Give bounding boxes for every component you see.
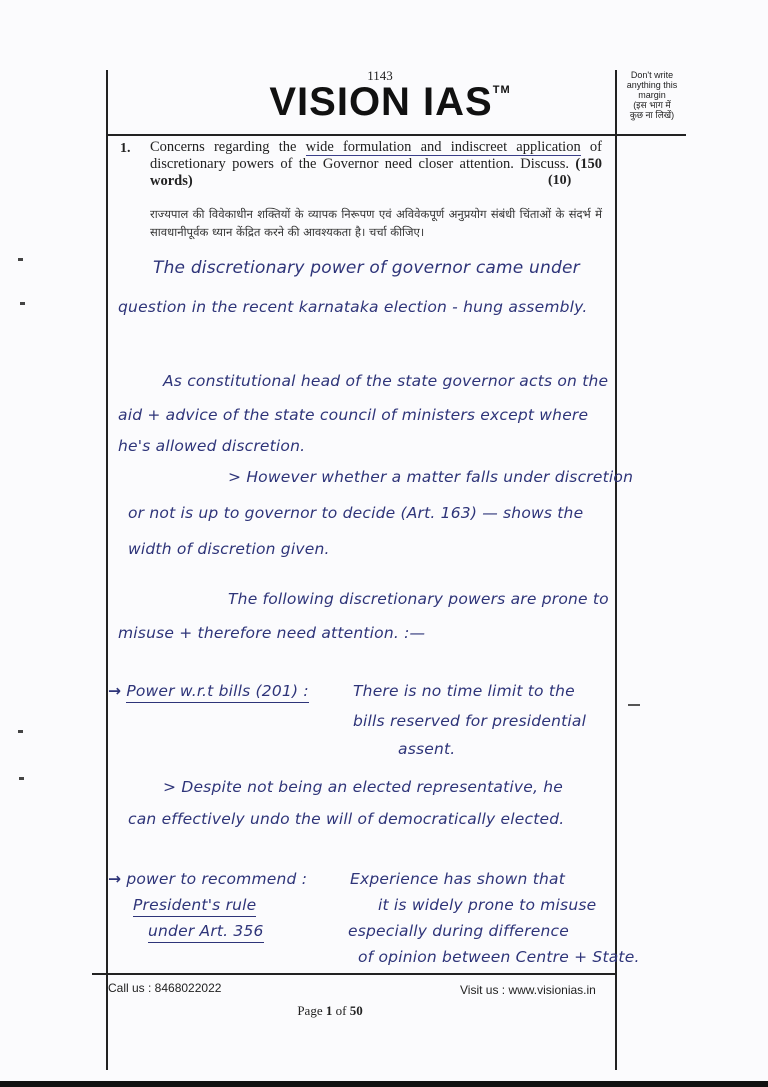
- question-highlight: wide formulation and indiscreet applicat…: [306, 139, 581, 156]
- page-total: 50: [350, 1003, 363, 1018]
- answer-line-heading: → Power w.r.t bills (201) :: [108, 682, 309, 700]
- right-margin-line: [615, 70, 617, 1070]
- margin-note-line: कुछ ना लिखें): [618, 110, 686, 120]
- answer-line: There is no time limit to the: [353, 682, 575, 700]
- answer-line: or not is up to governor to decide (Art.…: [128, 504, 583, 522]
- footer-website: Visit us : www.visionias.in: [460, 983, 596, 997]
- trademark: TM: [493, 84, 511, 96]
- scan-mark: [18, 730, 23, 733]
- question-marks: (10): [548, 173, 571, 189]
- margin-note-line: anything this: [618, 80, 686, 90]
- answer-line: > However whether a matter falls under d…: [228, 468, 633, 486]
- question-text: Concerns regarding the wide formulation …: [150, 139, 602, 190]
- answer-line: bills reserved for presidential: [353, 712, 586, 730]
- arrow-icon: →: [108, 682, 121, 700]
- answer-line: under Art. 356: [148, 922, 264, 940]
- brand-name: VISION IAS: [269, 80, 492, 124]
- page-indicator: Page 1 of 50: [280, 1003, 380, 1019]
- answer-subheading: under Art. 356: [148, 922, 264, 943]
- answer-line: of opinion between Centre + State.: [358, 948, 640, 966]
- answer-line: assent.: [398, 740, 455, 758]
- answer-line: The discretionary power of governor came…: [153, 258, 580, 278]
- scan-mark: [19, 777, 24, 780]
- answer-subheading: President's rule: [133, 896, 256, 917]
- footer-phone: Call us : 8468022022: [108, 981, 221, 995]
- arrow-icon: →: [108, 870, 121, 888]
- question-number: 1.: [120, 141, 131, 157]
- margin-dash: [628, 704, 640, 706]
- answer-line: As constitutional head of the state gove…: [163, 372, 608, 390]
- margin-note-line: (इस भाग में: [618, 100, 686, 110]
- footer-rule: [92, 973, 617, 975]
- answer-line: aid + advice of the state council of min…: [118, 406, 588, 424]
- margin-note-line: Don't write: [618, 70, 686, 80]
- brand-logo: VISION IASTM: [230, 80, 550, 125]
- answer-subheading: power to recommend :: [126, 870, 307, 888]
- answer-line: especially during difference: [348, 922, 569, 940]
- header-rule: [106, 134, 686, 136]
- page-label: Page: [297, 1003, 326, 1018]
- answer-line: Experience has shown that: [350, 870, 565, 888]
- answer-line: President's rule: [133, 896, 256, 914]
- scan-mark: [20, 302, 25, 305]
- answer-line: it is widely prone to misuse: [378, 896, 596, 914]
- answer-line: he's allowed discretion.: [118, 437, 305, 455]
- answer-line: width of discretion given.: [128, 540, 330, 558]
- answer-line: question in the recent karnataka electio…: [118, 298, 587, 316]
- answer-subheading: Power w.r.t bills (201) :: [126, 682, 308, 703]
- margin-note-line: margin: [618, 90, 686, 100]
- answer-line: The following discretionary powers are p…: [228, 590, 609, 608]
- question-hindi: राज्यपाल की विवेकाधीन शक्तियों के व्यापक…: [150, 205, 602, 241]
- margin-note: Don't write anything this margin (इस भाग…: [618, 70, 686, 120]
- answer-line: misuse + therefore need attention. :—: [118, 624, 425, 642]
- page-sep: of: [332, 1003, 349, 1018]
- scan-mark: [18, 258, 23, 261]
- answer-line-heading: → power to recommend :: [108, 870, 307, 888]
- question-text-part: Concerns regarding the: [150, 139, 306, 155]
- answer-line: can effectively undo the will of democra…: [128, 810, 564, 828]
- left-margin-line: [106, 70, 108, 1070]
- page-edge: [0, 1081, 768, 1087]
- answer-line: > Despite not being an elected represent…: [163, 778, 563, 796]
